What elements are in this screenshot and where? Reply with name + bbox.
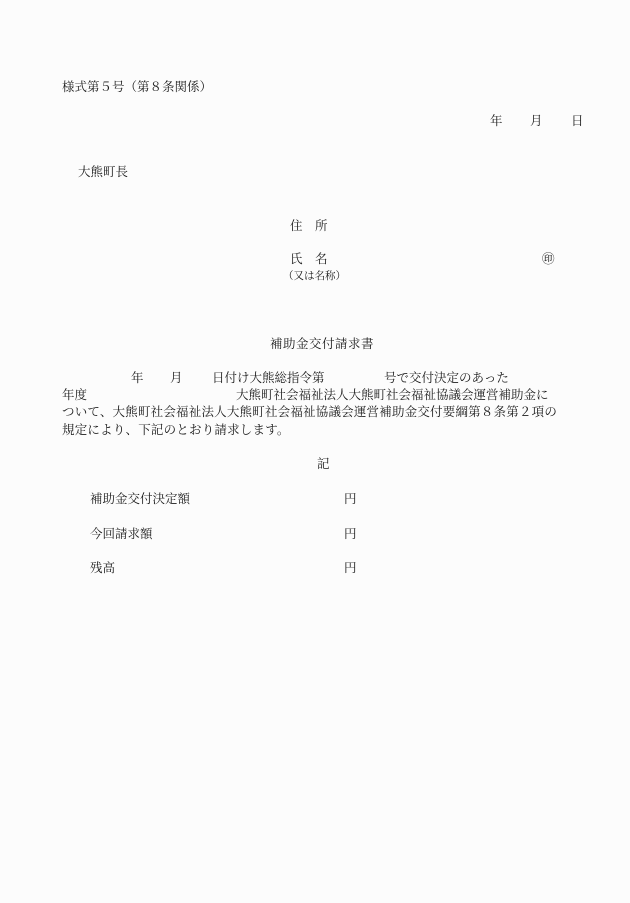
item-label: 残高 bbox=[90, 562, 115, 575]
body-year-label: 年 bbox=[131, 372, 144, 385]
document-title: 補助金交付請求書 bbox=[270, 338, 374, 351]
item-unit: 円 bbox=[344, 493, 357, 506]
item-unit: 円 bbox=[344, 562, 357, 575]
date-day-label: 日 bbox=[571, 115, 584, 128]
item-label: 補助金交付決定額 bbox=[90, 493, 190, 506]
address-label: 住 所 bbox=[290, 220, 328, 233]
body-line2-text-b: 大熊町社会福祉法人大熊町社会福祉協議会運営補助金に bbox=[236, 389, 549, 402]
item-label: 今回請求額 bbox=[90, 528, 153, 541]
body-line3: ついて、大熊町社会福祉法人大熊町社会福祉協議会運営補助金交付要綱第８条第２項の bbox=[62, 406, 557, 419]
body-line2-text-a: 年度 bbox=[62, 389, 87, 402]
body-line4: 規定により、下記のとおり請求します。 bbox=[62, 424, 290, 437]
name-note: （又は名称） bbox=[283, 271, 346, 282]
addressee: 大熊町長 bbox=[78, 166, 128, 179]
body-month-label: 月 bbox=[170, 372, 183, 385]
record-heading: 記 bbox=[317, 458, 330, 471]
date-year-label: 年 bbox=[490, 115, 503, 128]
name-label: 氏 名 bbox=[290, 253, 328, 266]
body-line1-text-a: 日付け大熊総指令第 bbox=[212, 372, 325, 385]
date-month-label: 月 bbox=[530, 115, 543, 128]
body-line1-text-b: 号で交付決定のあった bbox=[384, 372, 509, 385]
seal-icon: ㊞ bbox=[542, 253, 555, 266]
form-number: 様式第５号（第８条関係） bbox=[62, 81, 212, 94]
item-unit: 円 bbox=[344, 528, 357, 541]
